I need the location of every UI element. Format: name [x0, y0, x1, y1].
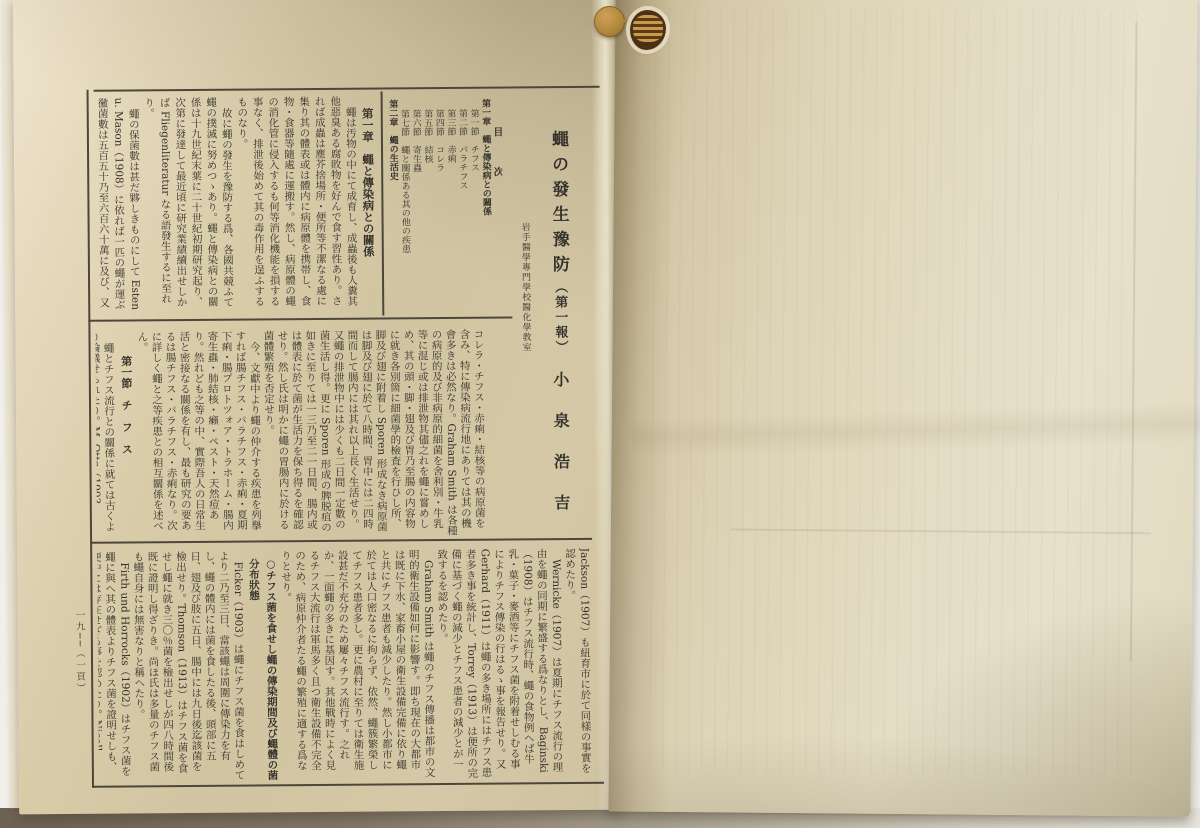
toc-item-section3: 第三節 赤痢	[444, 97, 457, 313]
tier3-paragraph: Ficker（1903）は蠅にチフス菌を食はしめてより二乃至三日、當該蠅は周圍に…	[131, 551, 246, 782]
right-page-blank	[608, 0, 1197, 817]
toc-heading: 目 次	[490, 97, 503, 313]
chapter1-heading: 第一章 蠅と傳染病との關係	[358, 96, 379, 314]
toc-item-chapter2: 第二章 蠅の生活史	[386, 97, 399, 313]
toc-item-section2: 第二節 パラチフス	[455, 97, 468, 313]
tier2-paragraph: 今、文獻中より蠅の仲介する疾患を列擧すれば腸チフス・パラチフス・赤痢・夏期下痢・…	[135, 330, 263, 539]
rule-bottom	[92, 782, 604, 788]
page-number: 一九──（一頁）	[72, 610, 87, 730]
fastener-legs	[633, 15, 663, 42]
article-title: 蠅の發生豫防	[548, 130, 569, 280]
bottom-curve-shadow	[608, 723, 1191, 818]
tier3-paragraph: Firth und Horrocks（1902）はチフス菌を蠅に與へ其の體表より…	[97, 551, 133, 781]
toc-item-chapter1: 第一章 蠅と傳染病との關係	[478, 97, 491, 313]
photo-of-journal-spread: 蠅の發生豫防（第一報）小泉浩吉 岩手醫學專門學校醫化學教室 目 次 第一章 蠅と…	[0, 0, 1200, 828]
toc-item-section1: 第一節 チフス	[467, 97, 480, 313]
toc-item-section7: 第七節 蠅と關係ある其の他の疾患	[397, 97, 410, 313]
toc-item-section4: 第四節 コレラ	[432, 97, 445, 313]
section1-heading: 第一節 チ フ ス	[115, 331, 137, 539]
toc-item-section5: 第五節 結核	[420, 97, 433, 313]
left-page: 蠅の發生豫防（第一報）小泉浩吉 岩手醫學專門學校醫化學教室 目 次 第一章 蠅と…	[13, 0, 621, 814]
rule-left	[87, 90, 94, 788]
typhoid-subheading: ○チフス菌を食せし蠅の傳染期間及び蠅體の菌分布狀態	[245, 550, 281, 780]
article-title-column: 蠅の發生豫防（第一報）小泉浩吉	[538, 130, 582, 590]
author-affiliation: 岩手醫學專門學校醫化學教室	[515, 222, 533, 452]
chapter1-paragraph: 蠅は汚物の中にて成育し、成蟲後も人糞其他惡臭ある腐敗物を好んで食す習性あり。され…	[234, 96, 360, 315]
chapter1-paragraph: 故に蠅の發生を豫防する爲、各國共競ふて蠅の撲滅に努めつゝあり。蠅と傳染病との關係…	[141, 97, 236, 316]
rule-top	[94, 86, 600, 92]
tier2-paragraph: 蠅とチフス流行との關係に就ては古くより論議せられたり。M. Otto（1903—…	[95, 332, 117, 540]
author-name: 小泉浩吉	[551, 355, 571, 535]
tier2-body-text: コレラ・チフス・赤痢・結核等の病原菌を含み、特に傳染病流行地にありては其の機會多…	[95, 329, 487, 540]
tier2-paragraph: コレラ・チフス・赤痢・結核等の病原菌を含み、特に傳染病流行地にありては其の機會多…	[261, 329, 487, 539]
tier1-chapter1-text: 第一章 蠅と傳染病との關係 蠅は汚物の中にて成育し、成蟲後も人糞其他惡臭ある腐敗…	[94, 96, 379, 316]
chapter1-paragraph: 蠅の保菌數は甚だ夥しきものにして Esten u. Mason（1908）に依れ…	[94, 97, 143, 315]
rule-tier1-bottom	[88, 316, 512, 321]
tier3-paragraph: Wernicke（1907）は夏期にチフス流行の理由を蠅の同期に繁盛する爲なりと…	[435, 548, 565, 779]
rule-toc-divider	[381, 91, 385, 315]
tier3-paragraph: Graham Smith は蠅のチフス傳播は都市の文明的衛生設備如何に影響す。即…	[279, 549, 437, 780]
tier3-body-text: Jackson（1907）も紐育市に於て同樣の事實を認めたり。 Wernicke…	[97, 548, 593, 782]
printed-text-block: 蠅の發生豫防（第一報）小泉浩吉 岩手醫學專門學校醫化學教室 目 次 第一章 蠅と…	[94, 86, 607, 792]
table-of-contents: 目 次 第一章 蠅と傳染病との關係 第一節 チフス 第二節 パラチフス 第三節 …	[386, 97, 504, 314]
tier3-paragraph: Jackson（1907）も紐育市に於て同樣の事實を認めたり。	[563, 548, 593, 778]
report-number: （第一報）	[552, 280, 568, 355]
toc-item-section6: 第六節 寄生蟲	[409, 97, 422, 313]
brass-fastener	[594, 6, 625, 37]
